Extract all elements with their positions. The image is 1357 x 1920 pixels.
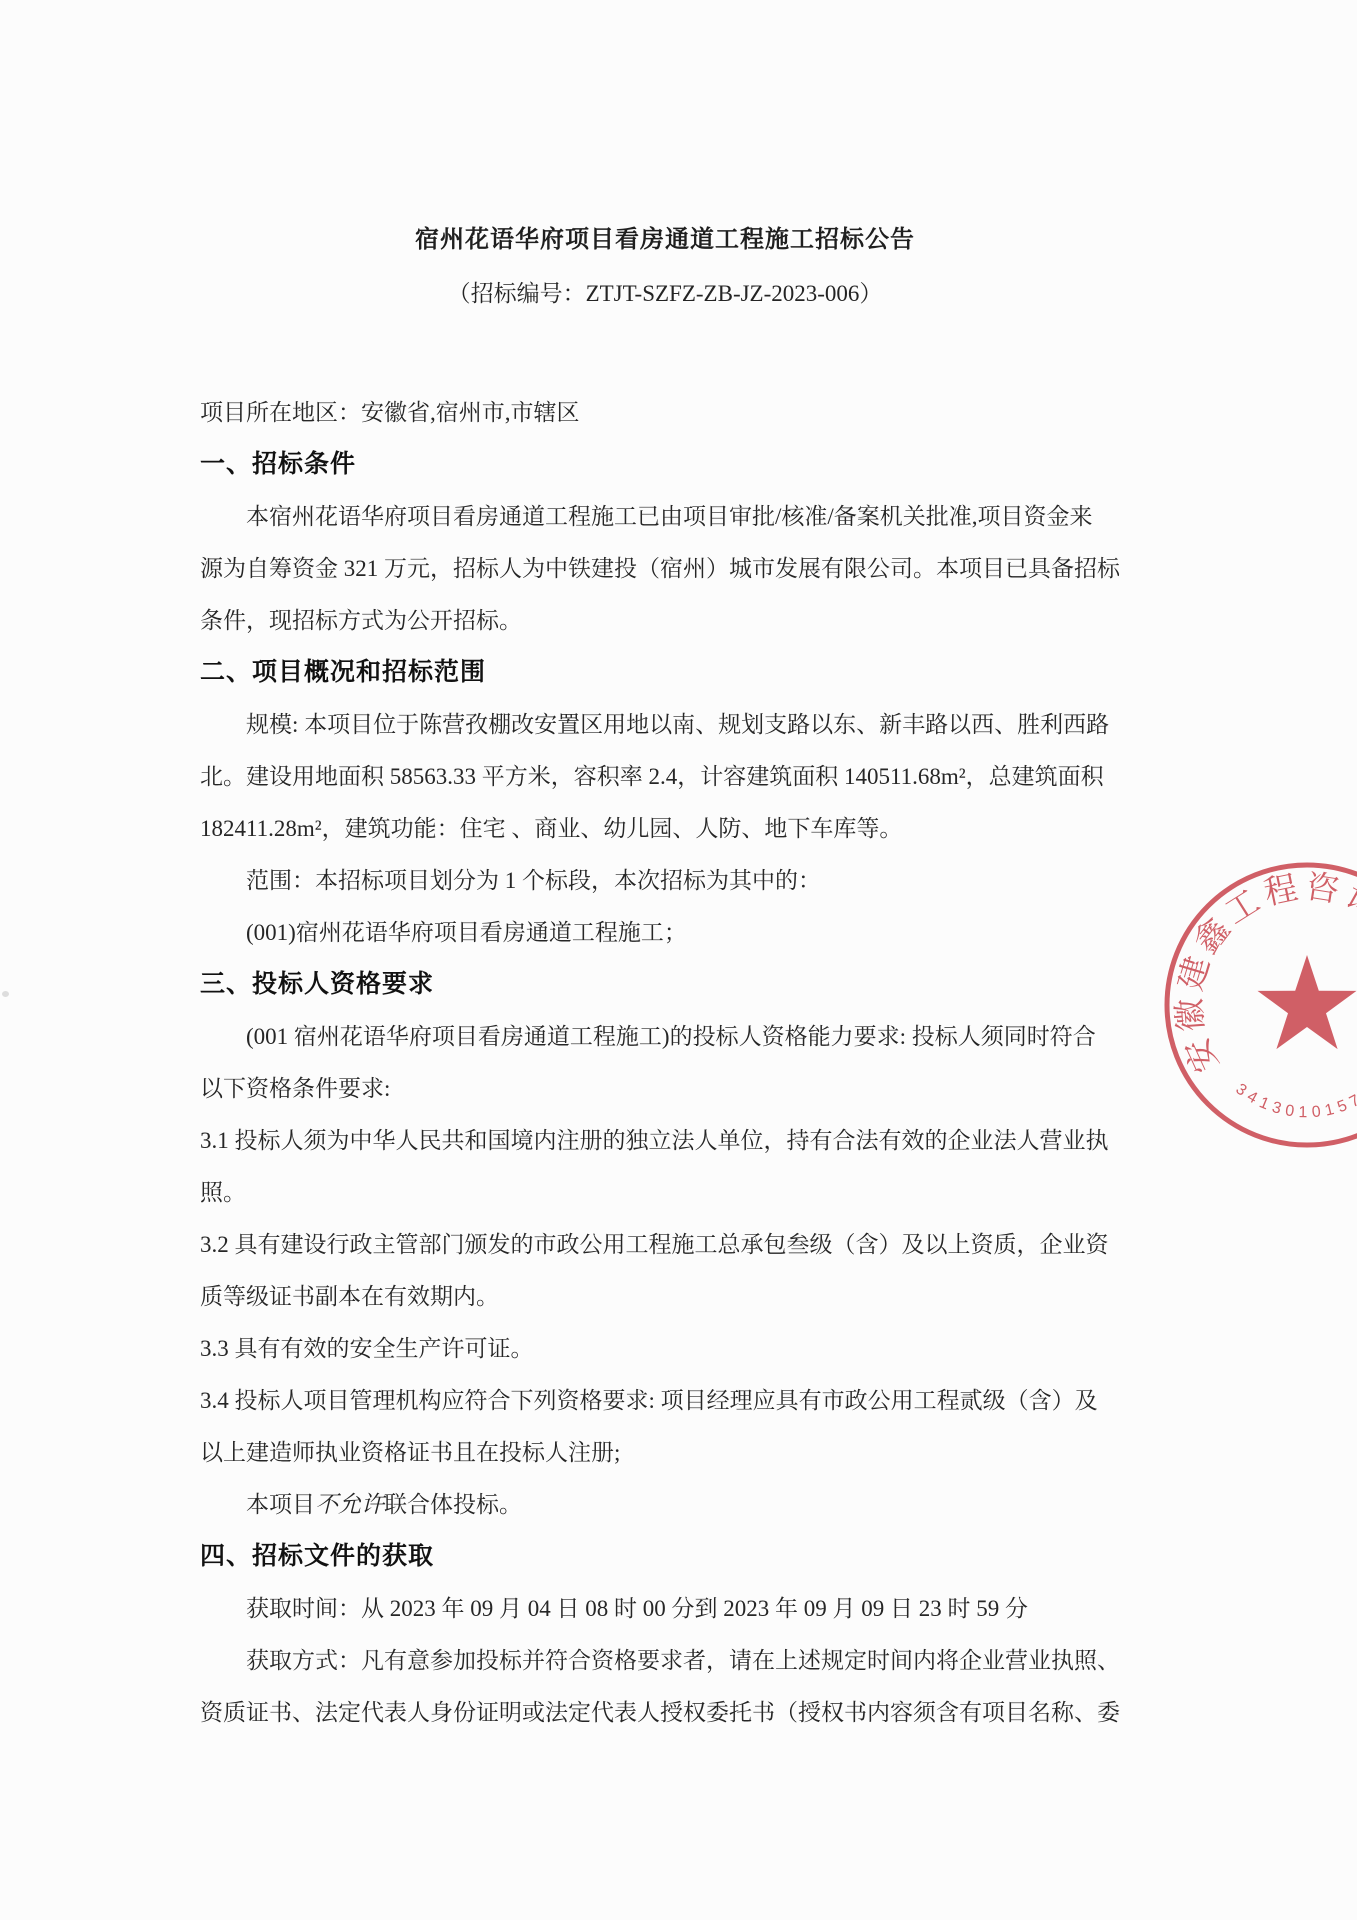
page-title: 宿州花语华府项目看房通道工程施工招标公告 — [200, 214, 1130, 267]
tender-number-subtitle: （招标编号：ZTJT-SZFZ-ZB-JZ-2023-006） — [200, 267, 1130, 320]
section-heading-1: 一、招标条件 — [200, 439, 1130, 491]
document-body: 项目所在地区：安徽省,宿州市,市辖区 一、招标条件 本宿州花语华府项目看房通道工… — [200, 387, 1130, 1739]
seal-graphic: 安徽建鑫工程咨询有限公司 3413010157 — [1157, 855, 1357, 1155]
no-consortium-prefix: 本项目 — [246, 1492, 315, 1517]
no-consortium-emphasis: 不允许 — [315, 1492, 384, 1517]
paragraph-clause-3-1: 3.1 投标人须为中华人民共和国境内注册的独立法人单位，持有合法有效的企业法人营… — [200, 1115, 1130, 1219]
paragraph-tender-scope: 范围：本招标项目划分为 1 个标段，本次招标为其中的： — [200, 855, 1130, 907]
project-location-value: 安徽省,宿州市,市辖区 — [361, 400, 580, 425]
paragraph-obtain-method: 获取方式：凡有意参加投标并符合资格要求者，请在上述规定时间内将企业营业执照、 资… — [200, 1635, 1130, 1739]
paragraph-clause-3-3: 3.3 具有有效的安全生产许可证。 — [200, 1323, 1130, 1375]
seal-serial-number: 3413010157 — [1232, 1081, 1357, 1122]
paragraph-obtain-time: 获取时间：从 2023 年 09 月 04 日 08 时 00 分到 2023 … — [200, 1583, 1130, 1635]
seal-organization-text: 安徽建鑫工程咨询有限公司 — [1171, 868, 1357, 1078]
paragraph-lot-001: (001)宿州花语华府项目看房通道工程施工； — [200, 907, 1130, 959]
section-heading-3: 三、投标人资格要求 — [200, 959, 1130, 1011]
document-page: 宿州花语华府项目看房通道工程施工招标公告 （招标编号：ZTJT-SZFZ-ZB-… — [0, 0, 1357, 1920]
no-consortium-suffix: 联合体投标。 — [384, 1492, 522, 1517]
section-heading-2: 二、项目概况和招标范围 — [200, 647, 1130, 699]
section-heading-4: 四、招标文件的获取 — [200, 1531, 1130, 1583]
paragraph-clause-3-2: 3.2 具有建设行政主管部门颁发的市政公用工程施工总承包叁级（含）及以上资质，企… — [200, 1219, 1130, 1323]
company-seal-stamp: 安徽建鑫工程咨询有限公司 3413010157 — [1157, 855, 1357, 1155]
paragraph-tender-conditions: 本宿州花语华府项目看房通道工程施工已由项目审批/核准/备案机关批准,项目资金来 … — [200, 491, 1130, 647]
seal-star-icon — [1258, 955, 1357, 1049]
paragraph-clause-3-4: 3.4 投标人项目管理机构应符合下列资格要求: 项目经理应具有市政公用工程贰级（… — [200, 1375, 1130, 1479]
project-location-label: 项目所在地区： — [200, 400, 361, 425]
paragraph-project-scale: 规模: 本项目位于陈营孜棚改安置区用地以南、规划支路以东、新丰路以西、胜利西路 … — [200, 699, 1130, 855]
title-block: 宿州花语华府项目看房通道工程施工招标公告 （招标编号：ZTJT-SZFZ-ZB-… — [200, 214, 1130, 320]
scan-artifact — [2, 991, 9, 997]
project-location-line: 项目所在地区：安徽省,宿州市,市辖区 — [200, 387, 1130, 439]
paragraph-qualification-intro: (001 宿州花语华府项目看房通道工程施工)的投标人资格能力要求: 投标人须同时… — [200, 1011, 1130, 1115]
paragraph-no-consortium: 本项目不允许联合体投标。 — [200, 1479, 1130, 1531]
